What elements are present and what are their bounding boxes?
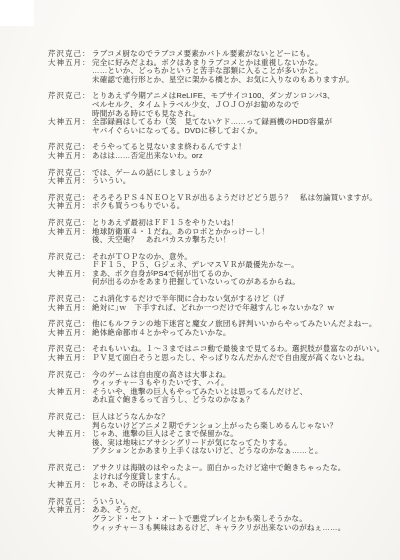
dialogue-lines: ＰＶ見て面白そうと思ったし、やっぱりなんだかんだで自由度が高くないとね。 bbox=[92, 354, 376, 363]
dialogue-transcript: 芹沢克己： ラブコメ厨なのでラブコメ要素かバトル要素がないとどーにも。 大神五月… bbox=[48, 50, 376, 540]
dialogue-line: ウィッチャー３も興味はあるけど、キャラクリが出来ないのがねぇ……。 bbox=[92, 524, 376, 533]
dialogue-block: 芹沢克己： そうやってると見ないまま終わるんですよ！ 大神五月： あはは……否定… bbox=[48, 143, 376, 160]
dialogue-line: アクションとかあまり上手くはないけど、どうなのかなぁ……と。 bbox=[92, 447, 376, 456]
dialogue-line: 何が出るのかをあまり把握していないってのがあるからね。 bbox=[92, 278, 376, 287]
speaker-name: 芹沢克己： bbox=[48, 464, 92, 473]
dialogue-line: ういうい。 bbox=[92, 177, 376, 186]
dialogue-lines: じゃあ、その時はよろしく。 bbox=[92, 481, 376, 490]
dialogue-block: 芹沢克己： 他にもルフランの地下迷宮と魔女ノ旅団も評判いいからやってみたいんだよ… bbox=[48, 320, 376, 337]
speaker-name: 大神五月： bbox=[48, 354, 92, 363]
dialogue-entry: 芹沢克己： それがＴＯＰなのか、意外。ＦＦ１５、Ｐ５、Ｇジェネ、デレマスＶＲが最… bbox=[48, 253, 376, 270]
dialogue-block: 芹沢克己： では、ゲームの話にしましょうか？ 大神五月： ういうい。 bbox=[48, 169, 376, 186]
dialogue-lines: 完全に好みだよね。ボクはあまりラブコメとかは重視しないかな。……といか、どっちか… bbox=[92, 59, 376, 85]
dialogue-lines: とりあえず今期アニメはReLIFE、モブサイコ100、ダンガンロンパ3、ベルセル… bbox=[92, 92, 376, 118]
dialogue-lines: ああ、そうだ。グランド・セフト・オートで悪党プレイとかも楽しそうかな。ウィッチャ… bbox=[92, 506, 376, 532]
dialogue-line: 絶体絶命都市４とかやってみたいかな。 bbox=[92, 329, 376, 338]
speaker-name: 芹沢克己： bbox=[48, 92, 92, 101]
dialogue-entry: 大神五月： じゃあ、その時はよろしく。 bbox=[48, 481, 376, 490]
speaker-name: 芹沢克己： bbox=[48, 413, 92, 422]
dialogue-block: 芹沢克己： 今のゲームは自由度の高さは大事よね。ウィッチャー３もやりたいです、ハ… bbox=[48, 371, 376, 405]
dialogue-line: ボクも買うつもりでいる。 bbox=[92, 202, 376, 211]
dialogue-entry: 芹沢克己： アサクリは海賊のはやったよー。面白かったけど途中で飽きちゃったな。よ… bbox=[48, 464, 376, 481]
dialogue-lines: 絶対に｣ｗ 下手すれば、どれか一つだけで年越すんじゃないかな？ｗ bbox=[92, 304, 376, 313]
dialogue-block: 芹沢克己： それがＴＯＰなのか、意外。ＦＦ１５、Ｐ５、Ｇジェネ、デレマスＶＲが最… bbox=[48, 253, 376, 287]
dialogue-entry: 大神五月： 絶対に｣ｗ 下手すれば、どれか一つだけで年越すんじゃないかな？ｗ bbox=[48, 304, 376, 313]
speaker-name: 大神五月： bbox=[48, 430, 92, 439]
speaker-name: 大神五月： bbox=[48, 304, 92, 313]
dialogue-entry: 芹沢克己： とりあえず今期アニメはReLIFE、モブサイコ100、ダンガンロンパ… bbox=[48, 92, 376, 118]
dialogue-entry: 芹沢克己： 巨人はどうなんかな？判らないけどアニメ２期でテンション上がったら楽し… bbox=[48, 413, 376, 430]
dialogue-line: 未確認で進行形とか、星空に架かる橋とか、お気に入りなのもありますが。 bbox=[92, 76, 376, 85]
dialogue-entry: 大神五月： 絶体絶命都市４とかやってみたいかな。 bbox=[48, 329, 376, 338]
dialogue-line: ＰＶ見て面白そうと思ったし、やっぱりなんだかんだで自由度が高くないとね。 bbox=[92, 354, 376, 363]
speaker-name: 大神五月： bbox=[48, 177, 92, 186]
dialogue-entry: 大神五月： 地球防衛軍４・１だね。あのロボとかかっけーし！後、天空砲？ あれバカ… bbox=[48, 228, 376, 245]
dialogue-entry: 大神五月： ああ、そうだ。グランド・セフト・オートで悪党プレイとかも楽しそうかな… bbox=[48, 506, 376, 532]
scan-corner-artifact bbox=[0, 0, 34, 26]
speaker-name: 大神五月： bbox=[48, 202, 92, 211]
speaker-name: 大神五月： bbox=[48, 228, 92, 237]
dialogue-lines: まあ、ボク自身がPS4で何が出てるのか、何が出るのかをあまり把握していないっての… bbox=[92, 270, 376, 287]
dialogue-entry: 芹沢克己： 今のゲームは自由度の高さは大事よね。ウィッチャー３もやりたいです、ハ… bbox=[48, 371, 376, 388]
dialogue-lines: 巨人はどうなんかな？判らないけどアニメ２期でテンション上がったら楽しめるんじゃな… bbox=[92, 413, 376, 430]
dialogue-entry: 大神五月： ボクも買うつもりでいる。 bbox=[48, 202, 376, 211]
dialogue-entry: 大神五月： まあ、ボク自身がPS4で何が出てるのか、何が出るのかをあまり把握して… bbox=[48, 270, 376, 287]
dialogue-lines: では、ゲームの話にしましょうか？ bbox=[92, 169, 376, 178]
dialogue-entry: 大神五月： そういや、進撃の巨人もやってみたいとは思ってるんだけど、あれ直ぐ飽き… bbox=[48, 388, 376, 405]
dialogue-entry: 大神五月： あはは……否定出来ないわ。orz bbox=[48, 152, 376, 161]
speaker-name: 大神五月： bbox=[48, 270, 92, 279]
dialogue-lines: 今のゲームは自由度の高さは大事よね。ウィッチャー３もやりたいです、ハイ。 bbox=[92, 371, 376, 388]
dialogue-line: あれ直ぐ飽きるって言うし、どうなのかなぁ？ bbox=[92, 396, 376, 405]
dialogue-lines: 絶体絶命都市４とかやってみたいかな。 bbox=[92, 329, 376, 338]
dialogue-line: ヤバイぐらいになってる。DVDに移しておくか。 bbox=[92, 127, 376, 136]
dialogue-block: 芹沢克己： ういうい。 大神五月： ああ、そうだ。グランド・セフト・オートで悪党… bbox=[48, 498, 376, 532]
dialogue-lines: ボクも買うつもりでいる。 bbox=[92, 202, 376, 211]
scanned-transcript-page: 芹沢克己： ラブコメ厨なのでラブコメ要素かバトル要素がないとどーにも。 大神五月… bbox=[0, 0, 400, 560]
dialogue-entry: 大神五月： ＰＶ見て面白そうと思ったし、やっぱりなんだかんだで自由度が高くないと… bbox=[48, 354, 376, 363]
dialogue-lines: そういや、進撃の巨人もやってみたいとは思ってるんだけど、あれ直ぐ飽きるって言うし… bbox=[92, 388, 376, 405]
speaker-name: 大神五月： bbox=[48, 388, 92, 397]
dialogue-line: あはは……否定出来ないわ。orz bbox=[92, 152, 376, 161]
dialogue-line: じゃあ、その時はよろしく。 bbox=[92, 481, 376, 490]
speaker-name: 大神五月： bbox=[48, 152, 92, 161]
speaker-name: 芹沢克己： bbox=[48, 371, 92, 380]
dialogue-block: 芹沢克己： 巨人はどうなんかな？判らないけどアニメ２期でテンション上がったら楽し… bbox=[48, 413, 376, 456]
dialogue-lines: ういうい。 bbox=[92, 177, 376, 186]
dialogue-entry: 大神五月： ういうい。 bbox=[48, 177, 376, 186]
speaker-name: 芹沢克己： bbox=[48, 253, 92, 262]
dialogue-block: 芹沢克己： とりあえず最初はＦＦ１５をやりたいね！ 大神五月： 地球防衛軍４・１… bbox=[48, 219, 376, 245]
dialogue-lines: あはは……否定出来ないわ。orz bbox=[92, 152, 376, 161]
dialogue-line: では、ゲームの話にしましょうか？ bbox=[92, 169, 376, 178]
dialogue-entry: 大神五月： じゃあ、進撃の巨人はそこまで保留かな。後、実は地味にアサシングリード… bbox=[48, 430, 376, 456]
dialogue-block: 芹沢克己： そろそろＰＳ４ＮＥＯとＶＲが出るようだけどどう思う？ 私は勿論買いま… bbox=[48, 194, 376, 211]
dialogue-block: 芹沢克己： ラブコメ厨なのでラブコメ要素かバトル要素がないとどーにも。 大神五月… bbox=[48, 50, 376, 84]
dialogue-entry: 大神五月： 完全に好みだよね。ボクはあまりラブコメとかは重視しないかな。……とい… bbox=[48, 59, 376, 85]
speaker-name: 大神五月： bbox=[48, 118, 92, 127]
dialogue-block: 芹沢克己： それもいいね。１～３まではニコ動で最後まで見てるわ。選択肢が豊富なの… bbox=[48, 345, 376, 362]
dialogue-lines: それがＴＯＰなのか、意外。ＦＦ１５、Ｐ５、Ｇジェネ、デレマスＶＲが最優先かなー。 bbox=[92, 253, 376, 270]
dialogue-line: 絶対に｣ｗ 下手すれば、どれか一つだけで年越すんじゃないかな？ｗ bbox=[92, 304, 376, 313]
speaker-name: 大神五月： bbox=[48, 329, 92, 338]
dialogue-block: 芹沢克己： アサクリは海賊のはやったよー。面白かったけど途中で飽きちゃったな。よ… bbox=[48, 464, 376, 490]
dialogue-lines: 地球防衛軍４・１だね。あのロボとかかっけーし！後、天空砲？ あれバカスカ撃ちたい… bbox=[92, 228, 376, 245]
dialogue-block: 芹沢克己： とりあえず今期アニメはReLIFE、モブサイコ100、ダンガンロンパ… bbox=[48, 92, 376, 135]
dialogue-block: 芹沢克己： これ消化するだけで半年間に合わない気がするけど（げ 大神五月： 絶対… bbox=[48, 295, 376, 312]
speaker-name: 大神五月： bbox=[48, 506, 92, 515]
speaker-name: 大神五月： bbox=[48, 481, 92, 490]
dialogue-line: 後、天空砲？ あれバカスカ撃ちたい！ bbox=[92, 236, 376, 245]
dialogue-lines: じゃあ、進撃の巨人はそこまで保留かな。後、実は地味にアサシングリードが気になって… bbox=[92, 430, 376, 456]
speaker-name: 大神五月： bbox=[48, 59, 92, 68]
dialogue-lines: 全部録画はしてるわ（笑 見てないケド……って録画機のHDD容量がヤバイぐらいにな… bbox=[92, 118, 376, 135]
dialogue-lines: アサクリは海賊のはやったよー。面白かったけど途中で飽きちゃったな。よければ今度貸… bbox=[92, 464, 376, 481]
dialogue-entry: 大神五月： 全部録画はしてるわ（笑 見てないケド……って録画機のHDD容量がヤバ… bbox=[48, 118, 376, 135]
